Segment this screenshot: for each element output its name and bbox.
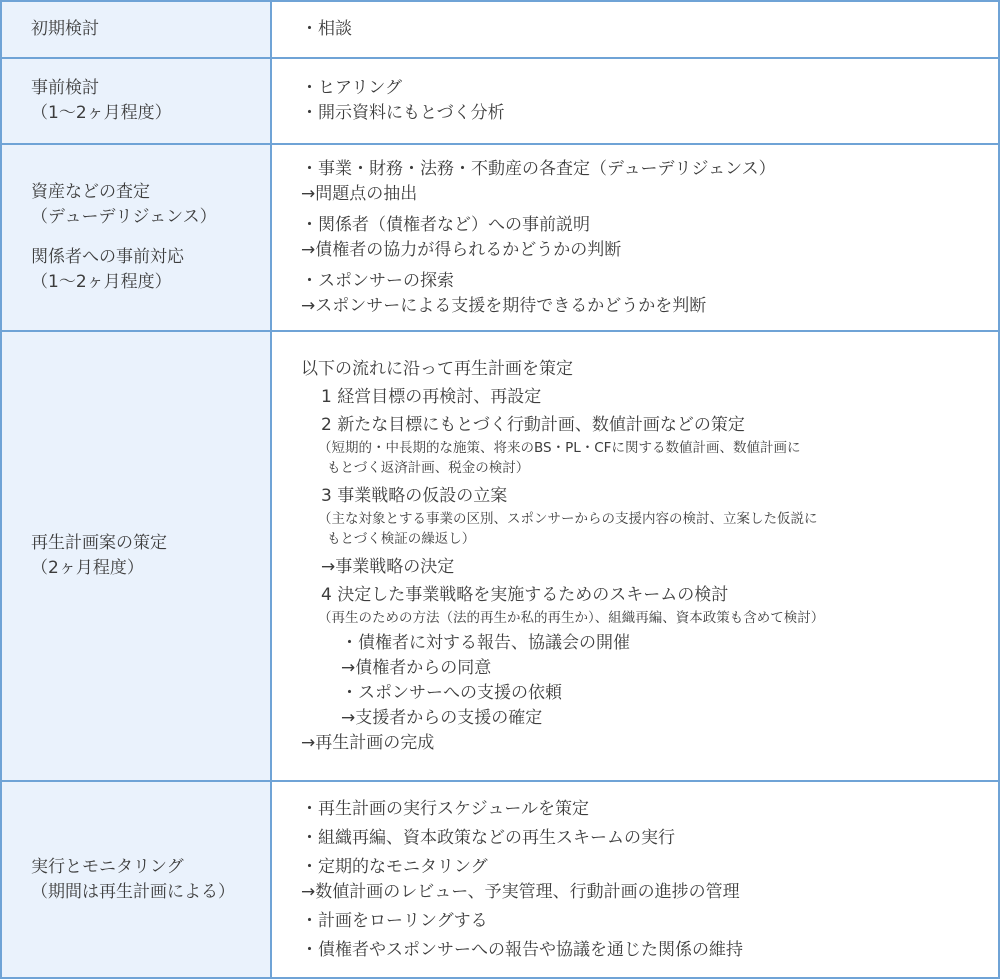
content-substep: ・スポンサーへの支援の依頼	[301, 681, 998, 706]
row-label-duration: （2ヶ月程度）	[31, 556, 270, 581]
content-note: （再生のための方法（法的再生か私的再生か）、組織再編、資本政策も含めて検討）	[301, 608, 998, 628]
row-label: 初期検討	[31, 17, 270, 42]
row-content-cell: 以下の流れに沿って再生計画を策定 1 経営目標の再検討、再設定 2 新たな目標に…	[272, 332, 998, 780]
content-line: ・相談	[301, 17, 998, 42]
content-line: ・開示資料にもとづく分析	[301, 101, 998, 126]
content-step: 4 決定した事業戦略を実施するためのスキームの検討	[301, 583, 998, 608]
content-step: 3 事業戦略の仮設の立案	[301, 484, 998, 509]
content-line: ・債権者やスポンサーへの報告や協議を通じた関係の維持	[301, 938, 998, 963]
content-line: →スポンサーによる支援を期待できるかどうかを判断	[301, 294, 998, 319]
content-line: →数値計画のレビュー、予実管理、行動計画の進捗の管理	[301, 880, 998, 905]
row-label: 実行とモニタリング	[31, 855, 270, 880]
content-substep: →債権者からの同意	[301, 656, 998, 681]
row-label-duration: （期間は再生計画による）	[31, 880, 270, 905]
content-line: ・事業・財務・法務・不動産の各査定（デューデリジェンス）	[301, 157, 998, 182]
content-note: もとづく検証の繰返し）	[301, 529, 998, 549]
table-row-execution-monitoring: 実行とモニタリング （期間は再生計画による） ・再生計画の実行スケジュールを策定…	[2, 782, 998, 977]
content-line: →問題点の抽出	[301, 182, 998, 207]
row-label-cell: 初期検討	[2, 2, 272, 57]
row-label-cell: 再生計画案の策定 （2ヶ月程度）	[2, 332, 272, 780]
content-substep: ・債権者に対する報告、協議会の開催	[301, 631, 998, 656]
content-substep: →支援者からの支援の確定	[301, 706, 998, 731]
row-content-cell: ・事業・財務・法務・不動産の各査定（デューデリジェンス） →問題点の抽出 ・関係…	[272, 145, 998, 330]
table-row-initial-review: 初期検討 ・相談	[2, 2, 998, 59]
row-label: 再生計画案の策定	[31, 531, 270, 556]
row-label-cell: 資産などの査定 （デューデリジェンス） 関係者への事前対応 （1～2ヶ月程度）	[2, 145, 272, 330]
row-content-cell: ・再生計画の実行スケジュールを策定 ・組織再編、資本政策などの再生スキームの実行…	[272, 782, 998, 977]
row-label-duration: （1～2ヶ月程度）	[31, 270, 270, 295]
content-step: 1 経営目標の再検討、再設定	[301, 385, 998, 410]
row-label-cell: 事前検討 （1～2ヶ月程度）	[2, 59, 272, 143]
content-note: （主な対象とする事業の区別、スポンサーからの支援内容の検討、立案した仮説に	[301, 509, 998, 529]
content-line: →再生計画の完成	[301, 731, 998, 756]
row-label: 資産などの査定	[31, 180, 270, 205]
content-line: →債権者の協力が得られるかどうかの判断	[301, 238, 998, 263]
content-line: 以下の流れに沿って再生計画を策定	[301, 357, 998, 382]
row-content-cell: ・相談	[272, 2, 998, 57]
content-line: ・計画をローリングする	[301, 909, 998, 934]
row-label-sub: （デューデリジェンス）	[31, 205, 270, 230]
content-line: ・組織再編、資本政策などの再生スキームの実行	[301, 826, 998, 851]
content-line: ・関係者（債権者など）への事前説明	[301, 213, 998, 238]
content-step: 2 新たな目標にもとづく行動計画、数値計画などの策定	[301, 413, 998, 438]
table-row-preliminary-review: 事前検討 （1～2ヶ月程度） ・ヒアリング ・開示資料にもとづく分析	[2, 59, 998, 145]
table-row-plan-formulation: 再生計画案の策定 （2ヶ月程度） 以下の流れに沿って再生計画を策定 1 経営目標…	[2, 332, 998, 782]
row-label: 事前検討	[31, 76, 270, 101]
content-line: ・定期的なモニタリング	[301, 855, 998, 880]
content-note: （短期的・中長期的な施策、将来のBS・PL・CFに関する数値計画、数値計画に	[301, 438, 998, 458]
content-line: ・スポンサーの探索	[301, 269, 998, 294]
content-line: ・ヒアリング	[301, 76, 998, 101]
table-row-due-diligence: 資産などの査定 （デューデリジェンス） 関係者への事前対応 （1～2ヶ月程度） …	[2, 145, 998, 332]
content-line: ・再生計画の実行スケジュールを策定	[301, 797, 998, 822]
content-note: もとづく返済計画、税金の検討）	[301, 458, 998, 478]
row-content-cell: ・ヒアリング ・開示資料にもとづく分析	[272, 59, 998, 143]
row-label-duration: （1～2ヶ月程度）	[31, 101, 270, 126]
process-table: 初期検討 ・相談 事前検討 （1～2ヶ月程度） ・ヒアリング ・開示資料にもとづ…	[0, 0, 1000, 979]
row-label-cell: 実行とモニタリング （期間は再生計画による）	[2, 782, 272, 977]
row-label: 関係者への事前対応	[31, 245, 270, 270]
content-step: →事業戦略の決定	[301, 555, 998, 580]
